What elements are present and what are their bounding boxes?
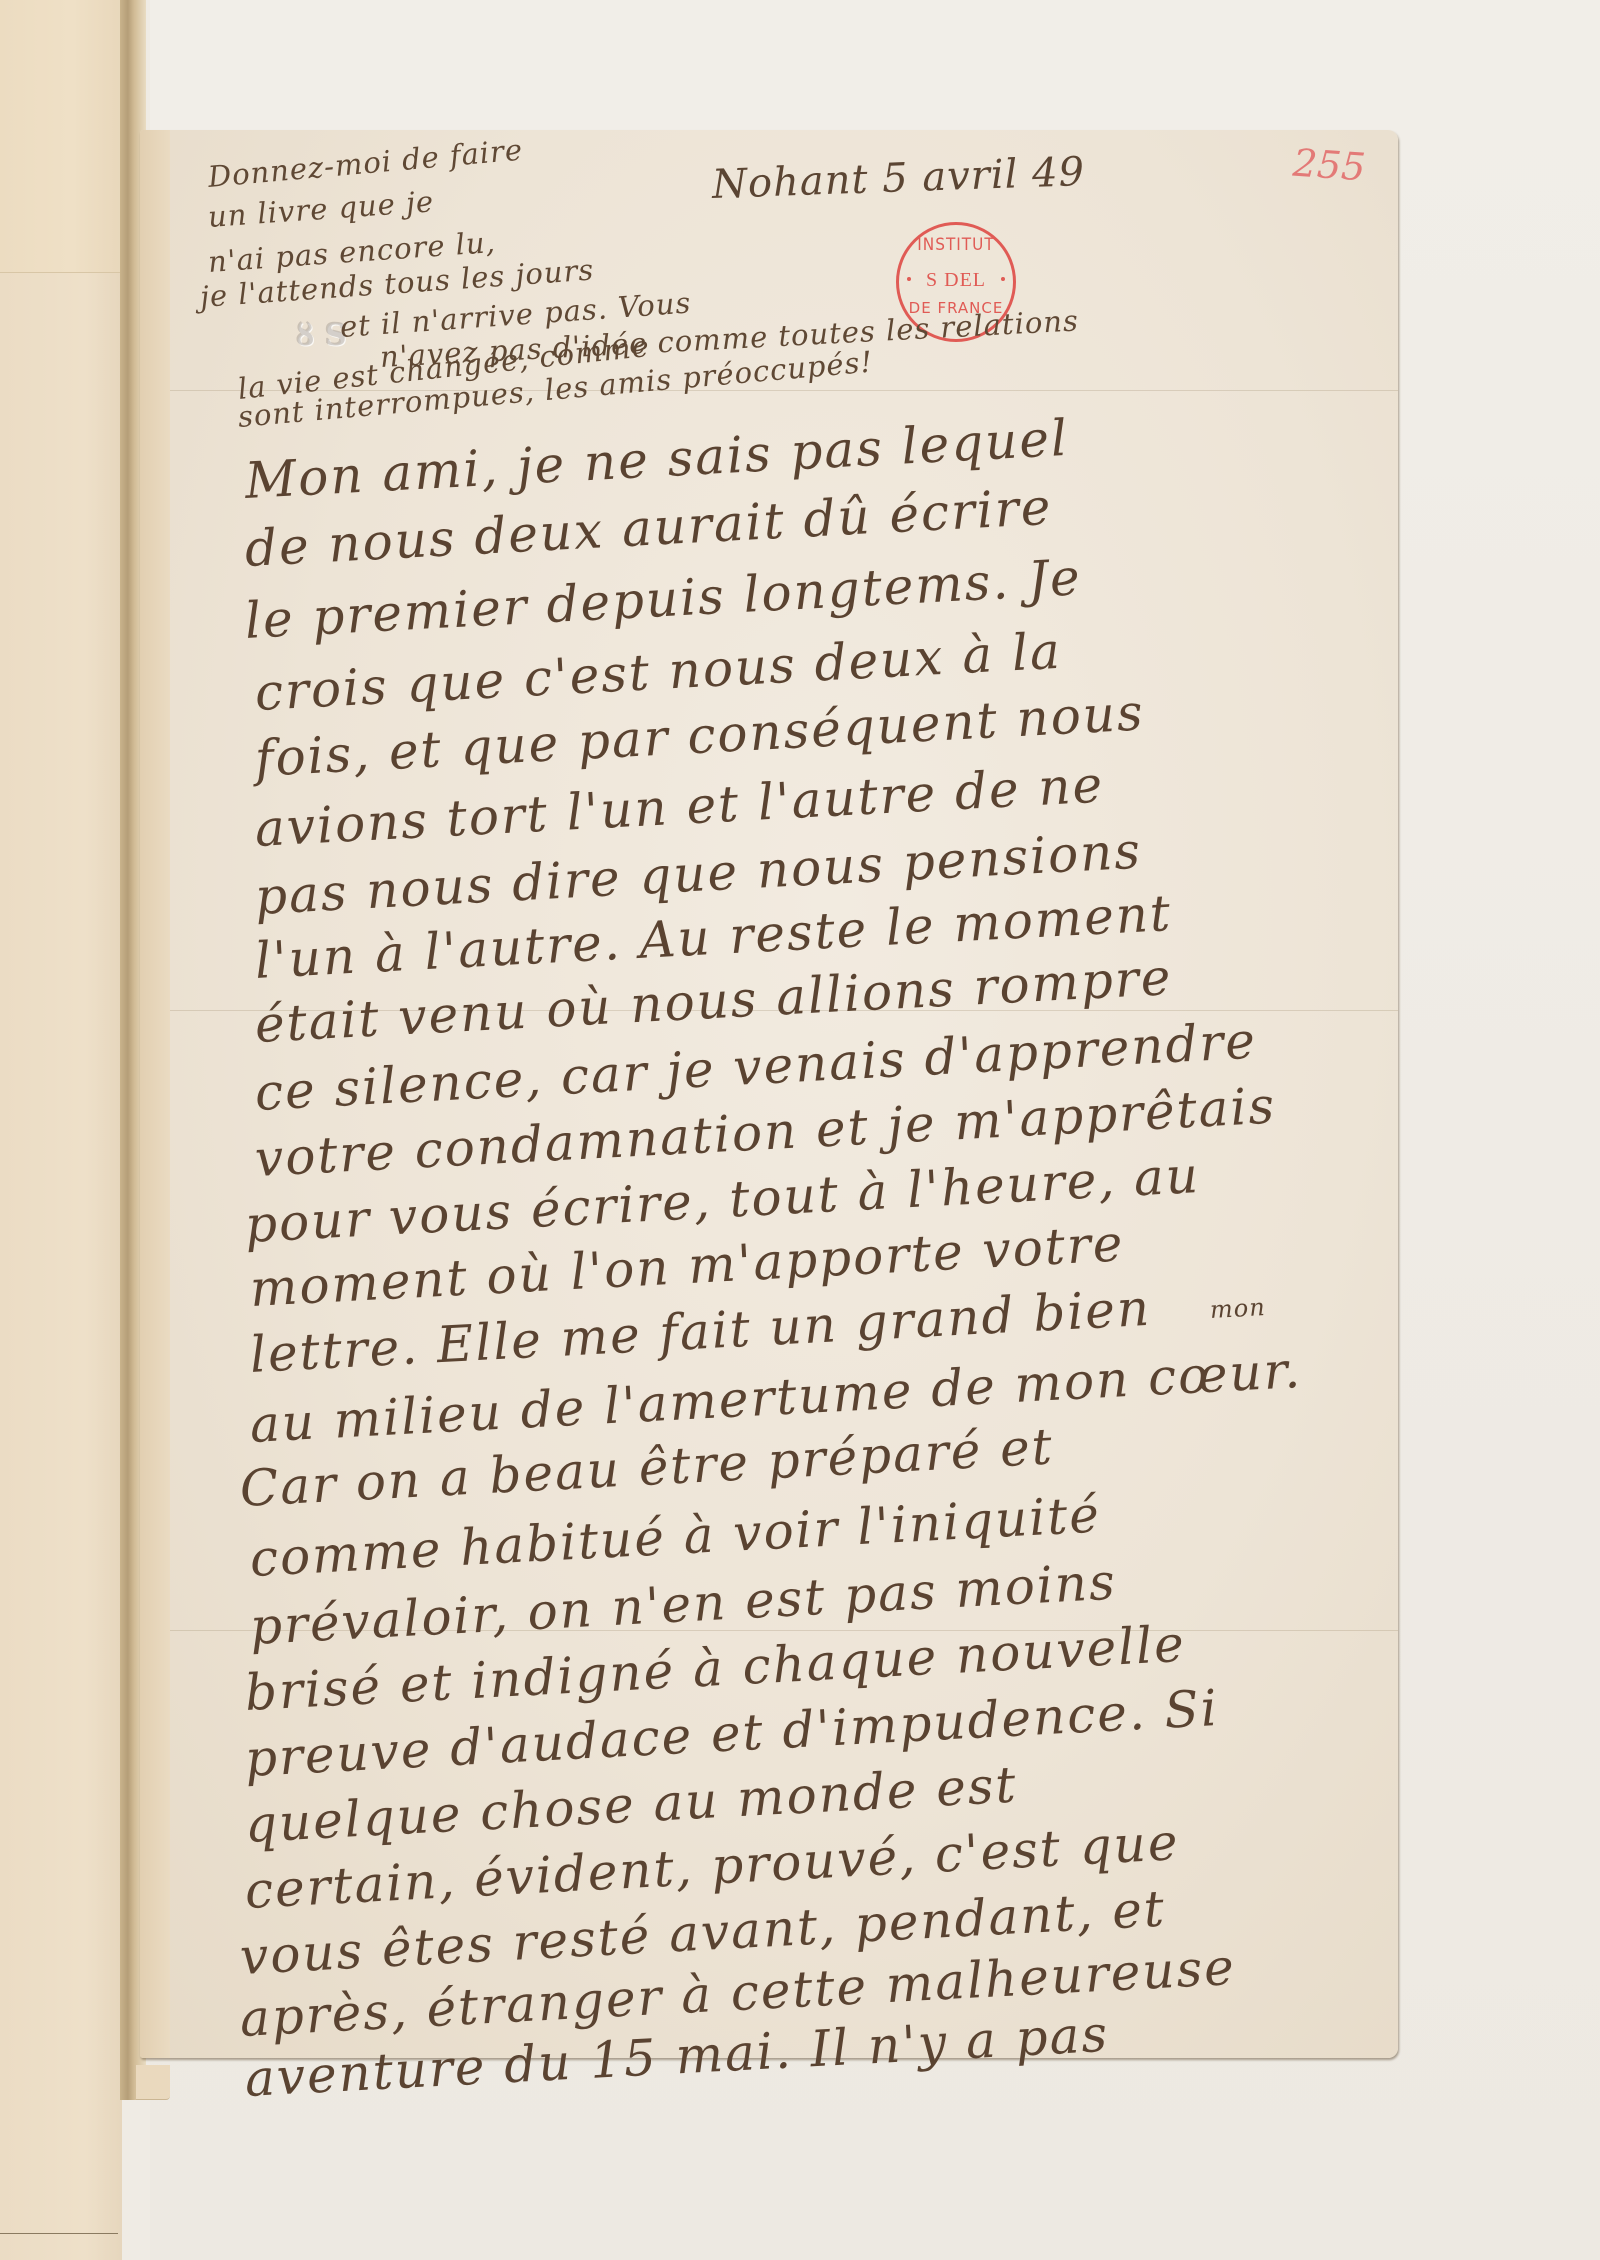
stamp-dot	[1001, 277, 1005, 281]
binding-tab	[136, 2065, 170, 2100]
stamp-dot	[907, 277, 911, 281]
stamp-middle-text: S DEL	[899, 269, 1013, 292]
stamp-top-text: INSTITUT	[899, 235, 1013, 255]
verso-bottom-edge	[0, 2233, 118, 2234]
folio-number: 255	[1292, 141, 1367, 190]
interlinear-insert: mon	[1209, 1293, 1266, 1324]
verso-page-lower	[0, 272, 122, 2260]
